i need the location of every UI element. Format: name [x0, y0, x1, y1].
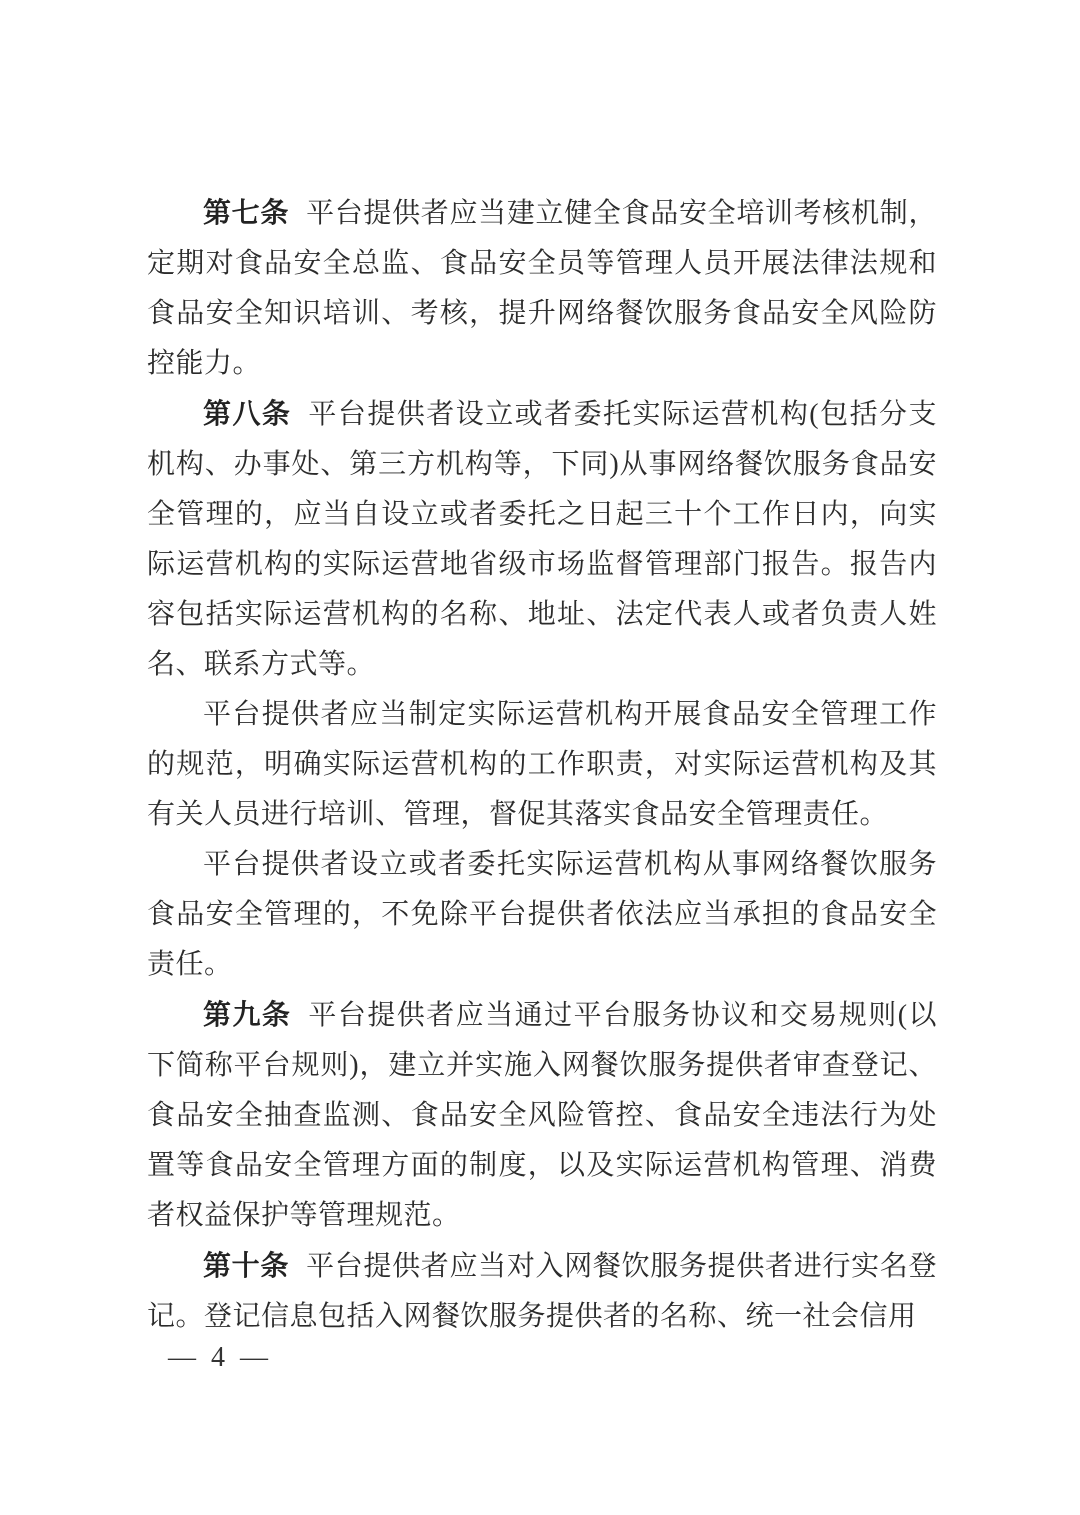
paragraph-article-7: 第七条平台提供者应当建立健全食品安全培训考核机制，定期对食品安全总监、食品安全员…: [147, 188, 937, 389]
article-8-clause-3-text: 平台提供者设立或者委托实际运营机构从事网络餐饮服务食品安全管理的，不免除平台提供…: [147, 849, 937, 980]
paragraph-article-9: 第九条平台提供者应当通过平台服务协议和交易规则(以下简称平台规则)，建立并实施入…: [147, 990, 937, 1241]
article-7-number: 第七条: [203, 197, 289, 228]
article-10-number: 第十条: [203, 1250, 289, 1281]
document-text-block: 第七条平台提供者应当建立健全食品安全培训考核机制，定期对食品安全总监、食品安全员…: [147, 188, 937, 1342]
paragraph-article-8: 第八条平台提供者设立或者委托实际运营机构(包括分支机构、办事处、第三方机构等，下…: [147, 389, 937, 690]
paragraph-article-8-clause-2: 平台提供者应当制定实际运营机构开展食品安全管理工作的规范，明确实际运营机构的工作…: [147, 690, 937, 840]
article-9-text: 平台提供者应当通过平台服务协议和交易规则(以下简称平台规则)，建立并实施入网餐饮…: [147, 1000, 937, 1231]
document-page: 第七条平台提供者应当建立健全食品安全培训考核机制，定期对食品安全总监、食品安全员…: [0, 0, 1080, 1515]
article-9-number: 第九条: [203, 999, 291, 1030]
article-8-number: 第八条: [203, 398, 291, 429]
paragraph-article-8-clause-3: 平台提供者设立或者委托实际运营机构从事网络餐饮服务食品安全管理的，不免除平台提供…: [147, 840, 937, 990]
paragraph-article-10: 第十条平台提供者应当对入网餐饮服务提供者进行实名登记。登记信息包括入网餐饮服务提…: [147, 1241, 937, 1342]
article-8-text: 平台提供者设立或者委托实际运营机构(包括分支机构、办事处、第三方机构等，下同)从…: [147, 399, 937, 680]
page-number: — 4 —: [168, 1338, 272, 1378]
article-8-clause-2-text: 平台提供者应当制定实际运营机构开展食品安全管理工作的规范，明确实际运营机构的工作…: [147, 699, 937, 830]
